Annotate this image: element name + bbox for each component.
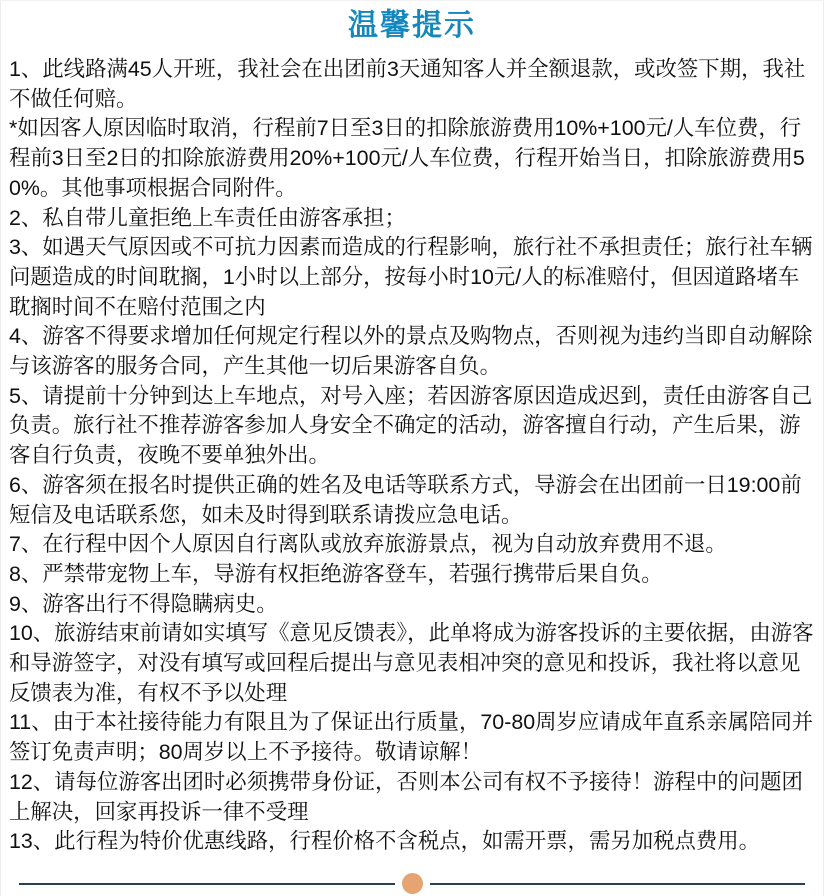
notice-page: 温馨提示 1、此线路满45人开班，我社会在出团前3天通知客人并全额退款，或改签下… bbox=[0, 0, 824, 896]
notice-paragraph: 6、游客须在报名时提供正确的姓名及电话等联系方式，导游会在出团前一日19:00前… bbox=[9, 471, 815, 530]
notice-paragraph: 7、在行程中因个人原因自行离队或放弃旅游景点，视为自动放弃费用不退。 bbox=[9, 530, 815, 560]
notice-paragraph: 4、游客不得要求增加任何规定行程以外的景点及购物点，否则视为违约当即自动解除与该… bbox=[9, 322, 815, 381]
notice-paragraph: 1、此线路满45人开班，我社会在出团前3天通知客人并全额退款，或改签下期，我社不… bbox=[9, 55, 815, 114]
notice-paragraph: 10、旅游结束前请如实填写《意见反馈表》，此单将成为游客投诉的主要依据，由游客和… bbox=[9, 619, 815, 708]
bottom-divider bbox=[19, 873, 805, 894]
notice-paragraph: 12、请每位游客出团时必须携带身份证，否则本公司有权不予接待！游程中的问题团上解… bbox=[9, 768, 815, 827]
notice-paragraph: *如因客人原因临时取消，行程前7日至3日的扣除旅游费用10%+100元/人车位费… bbox=[9, 114, 815, 203]
page-title: 温馨提示 bbox=[1, 9, 823, 43]
divider-line-left bbox=[19, 883, 395, 885]
notice-list: 1、此线路满45人开班，我社会在出团前3天通知客人并全额退款，或改签下期，我社不… bbox=[1, 55, 823, 857]
notice-paragraph: 11、由于本社接待能力有限且为了保证出行质量，70-80周岁应请成年直系亲属陪同… bbox=[9, 708, 815, 767]
notice-paragraph: 2、私自带儿童拒绝上车责任由游客承担； bbox=[9, 204, 815, 234]
notice-paragraph: 8、严禁带宠物上车，导游有权拒绝游客登车，若强行携带后果自负。 bbox=[9, 560, 815, 590]
notice-paragraph: 9、游客出行不得隐瞒病史。 bbox=[9, 590, 815, 620]
divider-line-right bbox=[430, 883, 806, 885]
notice-paragraph: 5、请提前十分钟到达上车地点，对号入座；若因游客原因造成迟到，责任由游客自己负责… bbox=[9, 382, 815, 471]
divider-dot bbox=[402, 873, 423, 894]
notice-paragraph: 13、此行程为特价优惠线路，行程价格不含税点，如需开票，需另加税点费用。 bbox=[9, 827, 815, 857]
notice-paragraph: 3、如遇天气原因或不可抗力因素而造成的行程影响，旅行社不承担责任；旅行社车辆问题… bbox=[9, 233, 815, 322]
